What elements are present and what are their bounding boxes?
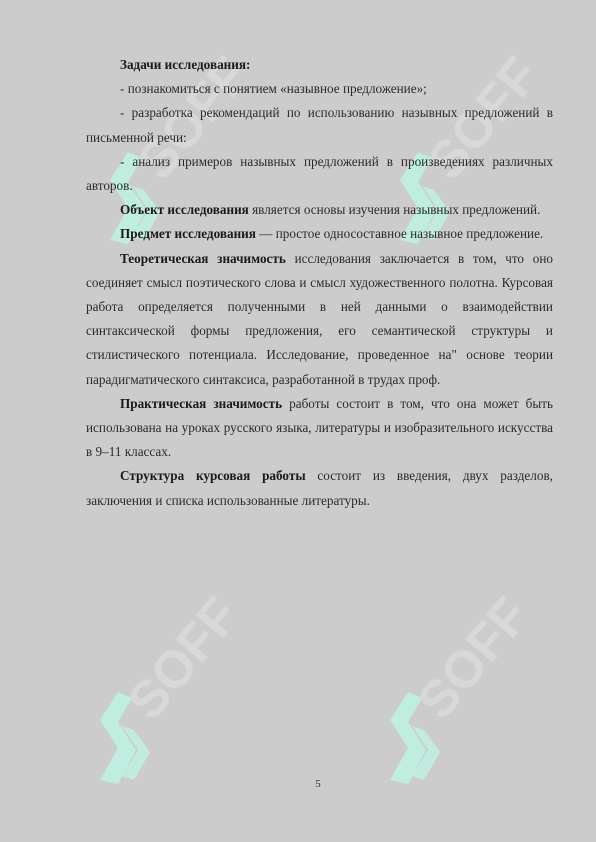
svg-text:SOFF: SOFF bbox=[117, 587, 251, 731]
soff-logo-icon: SOFF bbox=[60, 580, 260, 800]
structure-paragraph: Структура курсовая работы состоит из вве… bbox=[86, 464, 553, 512]
task-item: - анализ примеров назывных предложений в… bbox=[86, 150, 553, 198]
structure-label: Структура курсовая работы bbox=[120, 468, 306, 483]
theoretical-label: Теоретическая значимость bbox=[120, 251, 286, 266]
document-body: Задачи исследования: - познакомиться с п… bbox=[86, 53, 553, 513]
subject-paragraph: Предмет исследования — простое однососта… bbox=[86, 222, 553, 246]
tasks-heading: Задачи исследования: bbox=[86, 53, 553, 77]
object-text: является основы изучения назывных предло… bbox=[249, 202, 541, 217]
page-number: 5 bbox=[0, 778, 596, 790]
soff-logo-icon: SOFF bbox=[350, 580, 550, 800]
svg-text:SOFF: SOFF bbox=[407, 587, 541, 731]
watermark-bottom-right: SOFF bbox=[350, 580, 550, 800]
watermark-bottom-left: SOFF bbox=[60, 580, 260, 800]
task-item: - познакомиться с понятием «назывное пре… bbox=[86, 77, 553, 101]
subject-label: Предмет исследования bbox=[120, 226, 256, 241]
task-item: - разработка рекомендаций по использован… bbox=[86, 101, 553, 149]
practical-paragraph: Практическая значимость работы состоит в… bbox=[86, 392, 553, 465]
object-label: Объект исследования bbox=[120, 202, 249, 217]
object-paragraph: Объект исследования является основы изуч… bbox=[86, 198, 553, 222]
practical-label: Практическая значимость bbox=[120, 396, 282, 411]
subject-text: — простое односоставное назывное предлож… bbox=[256, 226, 543, 241]
theoretical-text: исследования заключается в том, что оно … bbox=[86, 251, 553, 387]
theoretical-paragraph: Теоретическая значимость исследования за… bbox=[86, 247, 553, 392]
